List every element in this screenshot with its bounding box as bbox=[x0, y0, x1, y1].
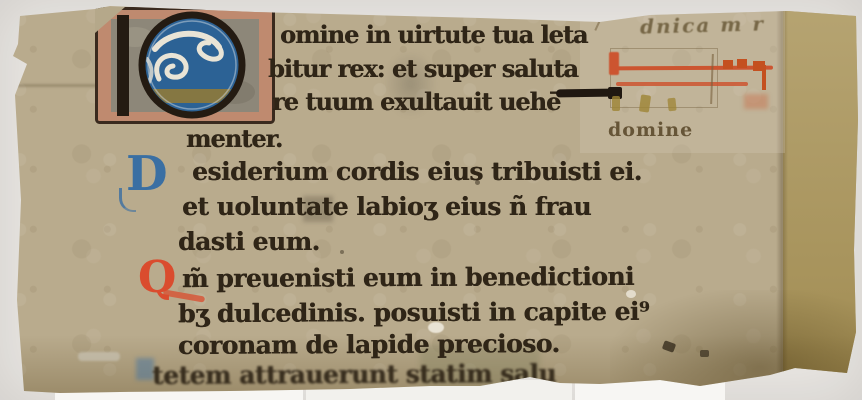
fold-shadow bbox=[776, 0, 788, 400]
text-line-10: coronam de lapide precioso. bbox=[178, 329, 560, 360]
silver-smudge bbox=[78, 352, 120, 361]
ink-speck bbox=[662, 340, 676, 353]
ink-speck bbox=[340, 250, 344, 254]
text-line-8: m̃ preuenisti eum in benedictioni bbox=[182, 262, 634, 293]
text-line-7: dasti eum. bbox=[178, 227, 320, 256]
neume-note bbox=[737, 59, 747, 68]
text-line-4: menter. bbox=[186, 124, 282, 153]
ink-speck bbox=[700, 350, 709, 357]
blue-initial-d: D bbox=[126, 150, 168, 198]
yellow-pen-trial bbox=[639, 94, 651, 112]
right-fold-strip bbox=[783, 0, 862, 400]
left-crease-line bbox=[14, 84, 98, 87]
red-pigment-smudge bbox=[744, 94, 768, 109]
text-line-6: et uoluntate labioʒ eius ñ frau bbox=[182, 192, 591, 221]
illuminated-initial-d bbox=[95, 7, 275, 124]
initial-d-artwork bbox=[95, 7, 275, 124]
red-initial-q: Q bbox=[138, 256, 176, 300]
faded-heading: dnica m r bbox=[640, 11, 765, 38]
text-line-1: omine in uirtute tua leta bbox=[280, 20, 587, 49]
brown-curve-line bbox=[710, 54, 714, 104]
music-lyric: domine bbox=[608, 119, 693, 141]
neume-descender bbox=[762, 65, 766, 90]
photograph-of-manuscript-fragment: omine in uirtute tua leta bitur rex: et … bbox=[0, 0, 862, 400]
text-line-9: bʒ dulcedinis. posuisti in capite ei⁹ bbox=[178, 297, 649, 328]
black-pen-blob bbox=[608, 87, 622, 99]
yellow-pen-trial bbox=[612, 96, 620, 111]
staff-ruled-box bbox=[610, 48, 718, 108]
staff-line-upper bbox=[615, 66, 773, 71]
text-line-5: esiderium cordis eius tribuisti ei. bbox=[192, 157, 642, 186]
neume-note bbox=[723, 60, 733, 69]
parchment-fragment: omine in uirtute tua leta bitur rex: et … bbox=[0, 0, 862, 400]
staff-clef-stroke bbox=[609, 52, 619, 75]
black-pen-stroke bbox=[556, 88, 614, 97]
pen-slash-mark bbox=[594, 18, 601, 31]
text-line-2: bitur rex: et super saluta bbox=[268, 54, 578, 83]
yellow-pen-trial bbox=[667, 98, 676, 112]
staff-line-lower bbox=[616, 82, 748, 86]
text-line-3: re tuum exultauit uehē bbox=[272, 87, 560, 116]
